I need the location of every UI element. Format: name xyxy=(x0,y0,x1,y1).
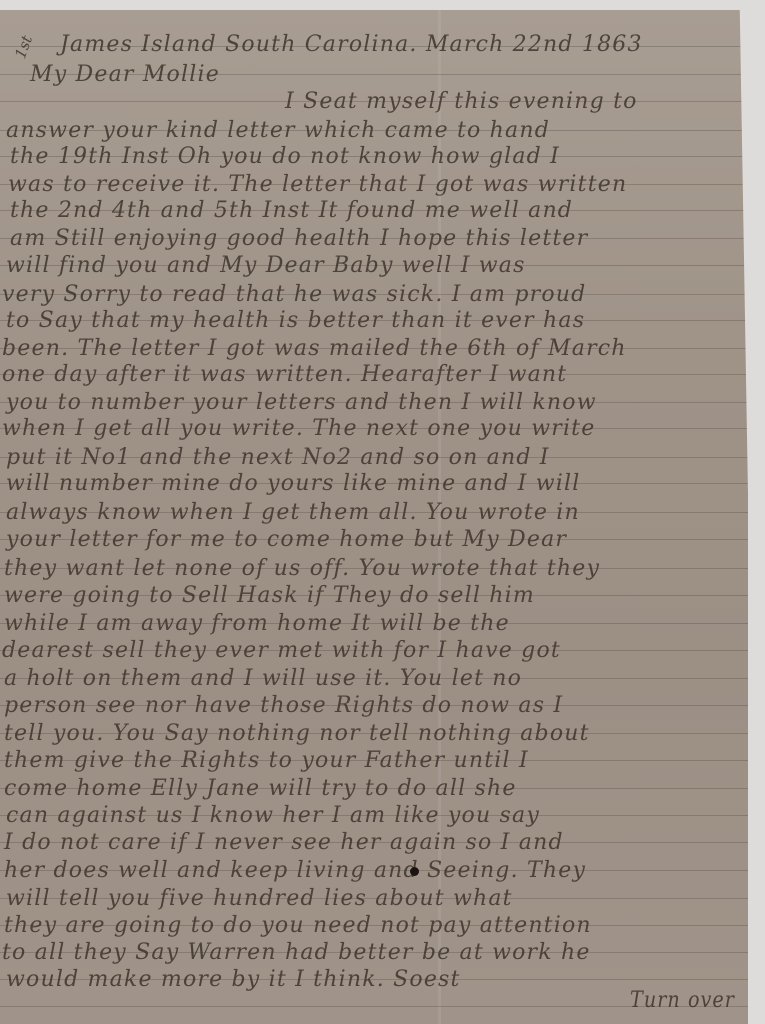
letter-line: will tell you five hundred lies about wh… xyxy=(0,886,748,914)
letter-line: they are going to do you need not pay at… xyxy=(0,913,748,941)
letter-line: James Island South Carolina. March 22nd … xyxy=(0,32,748,60)
letter-line: was to receive it. The letter that I got… xyxy=(0,172,748,200)
letter-line: they want let none of us off. You wrote … xyxy=(0,556,748,584)
letter-line: her does well and keep living and Seeing… xyxy=(0,858,748,886)
letter-line: the 2nd 4th and 5th Inst It found me wel… xyxy=(0,198,748,226)
letter-line: will find you and My Dear Baby well I wa… xyxy=(0,253,748,281)
letter-line: come home Elly Jane will try to do all s… xyxy=(0,776,748,804)
letter-line: while I am away from home It will be the xyxy=(0,611,748,639)
letter-line: when I get all you write. The next one y… xyxy=(0,416,748,444)
letter-line: answer your kind letter which came to ha… xyxy=(0,118,748,146)
letter-line: were going to Sell Hask if They do sell … xyxy=(0,583,748,611)
letter-page: 1st James Island South Carolina. March 2… xyxy=(0,10,748,1024)
letter-line: the 19th Inst Oh you do not know how gla… xyxy=(0,144,748,172)
letter-line: you to number your letters and then I wi… xyxy=(0,390,748,418)
letter-line: them give the Rights to your Father unti… xyxy=(0,748,748,776)
letter-line: tell you. You Say nothing nor tell nothi… xyxy=(0,721,748,749)
letter-line: can against us I know her I am like you … xyxy=(0,803,748,831)
letter-line: one day after it was written. Hearafter … xyxy=(0,362,748,390)
letter-line: person see nor have those Rights do now … xyxy=(0,693,748,721)
letter-line: dearest sell they ever met with for I ha… xyxy=(0,638,748,666)
letter-line: am Still enjoying good health I hope thi… xyxy=(0,226,748,254)
letter-line: always know when I get them all. You wro… xyxy=(0,500,748,528)
letter-line: very Sorry to read that he was sick. I a… xyxy=(0,282,748,310)
ink-blot xyxy=(410,867,419,876)
letter-line: I Seat myself this evening to xyxy=(0,89,748,117)
letter-line: will number mine do yours like mine and … xyxy=(0,471,748,499)
letter-line: to Say that my health is better than it … xyxy=(0,308,748,336)
letter-line: Turn over xyxy=(0,988,748,1016)
letter-line: to all they Say Warren had better be at … xyxy=(0,940,748,968)
letter-line: a holt on them and I will use it. You le… xyxy=(0,666,748,694)
letter-line: been. The letter I got was mailed the 6t… xyxy=(0,336,748,364)
letter-line: your letter for me to come home but My D… xyxy=(0,527,748,555)
letter-line: I do not care if I never see her again s… xyxy=(0,830,748,858)
letter-line: put it No1 and the next No2 and so on an… xyxy=(0,445,748,473)
letter-line: My Dear Mollie xyxy=(0,62,748,90)
